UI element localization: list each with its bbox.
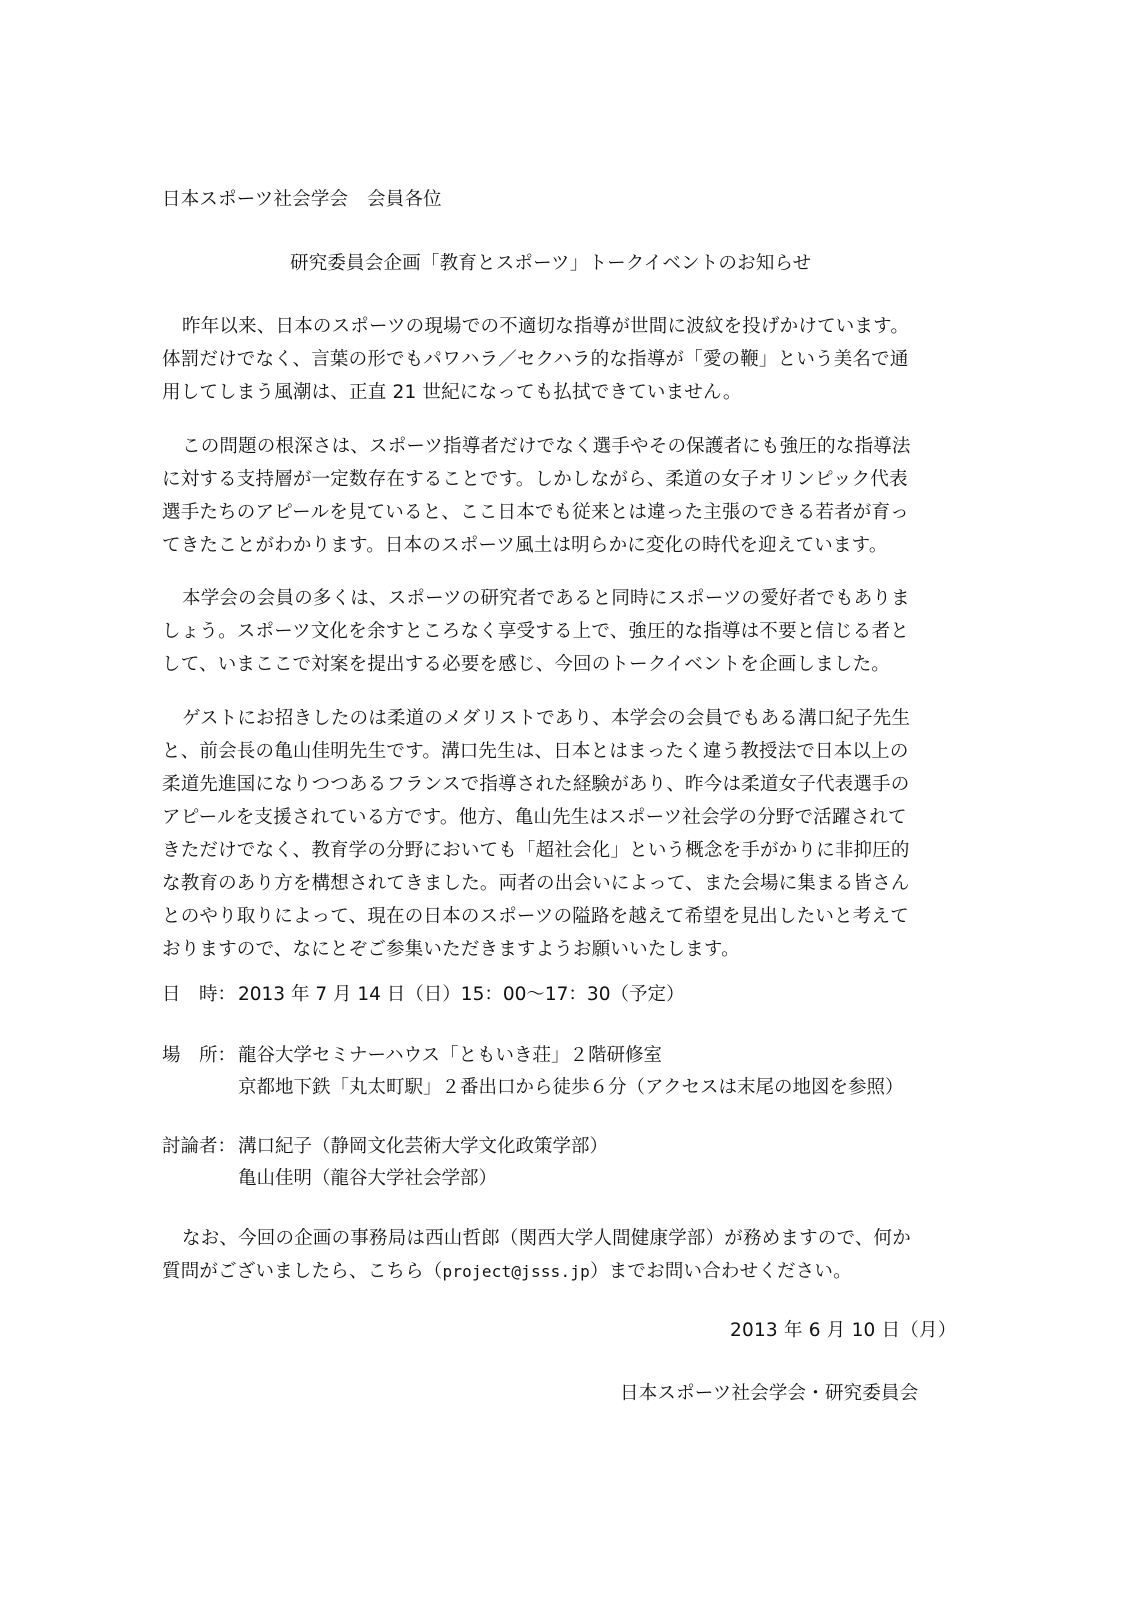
signature: 日本スポーツ社会学会・研究委員会 [620,1385,918,1404]
discussants-row: 討論者： 溝口紀子（静岡文化芸術大学文化政策学部） [162,1138,608,1157]
paragraph-2: この問題の根深さは、スポーツ指導者だけでなく選手やその保護者にも強圧的な指導法 … [162,438,952,570]
paragraph-line: な教育のあり方を構想されてきました。両者の出会いによって、また会場に集まる皆さん [162,875,952,908]
paragraph-line: この問題の根深さは、スポーツ指導者だけでなく選手やその保護者にも強圧的な指導法 [162,438,952,471]
paragraph-line: ゲストにお招きしたのは柔道のメダリストであり、本学会の会員でもある溝口紀子先生 [162,710,952,743]
venue-label: 場 所： [162,1047,238,1066]
paragraph-line: と、前会長の亀山佳明先生です。溝口先生は、日本とはまったく違う教授法で日本以上の [162,743,952,776]
paragraph-line: に対する支持層が一定数存在することです。しかしながら、柔道の女子オリンピック代表 [162,471,952,504]
paragraph-line: 体罰だけでなく、言葉の形でもパワハラ／セクハラ的な指導が「愛の鞭」という美名で通 [162,351,952,384]
paragraph-line: 選手たちのアピールを見ていると、ここ日本でも従来とは違った主張のできる若者が育っ [162,504,952,537]
datetime-label: 日 時： [162,986,238,1005]
paragraph-line: きただけでなく、教育学の分野においても「超社会化」という概念を手がかりに非抑圧的 [162,842,952,875]
paragraph-line: とのやり取りによって、現在の日本のスポーツの隘路を越えて希望を見出したいと考えて [162,908,952,941]
paragraph-line: 昨年以来、日本のスポーツの現場での不適切な指導が世間に波紋を投げかけています。 [162,318,952,351]
paragraph-line: 柔道先進国になりつつあるフランスで指導された経験があり、昨今は柔道女子代表選手の [162,776,952,809]
venue-access: 京都地下鉄「丸太町駅」２番出口から徒歩６分（アクセスは末尾の地図を参照） [238,1079,903,1098]
paragraph-3: 本学会の会員の多くは、スポーツの研究者であると同時にスポーツの愛好者でもありま … [162,590,952,689]
paragraph-line: おりますので、なにとぞご参集いただきますようお願いいたします。 [162,941,952,974]
discussant-1: 溝口紀子（静岡文化芸術大学文化政策学部） [238,1138,608,1157]
issue-date: 2013 年 6 月 10 日（月） [730,1322,956,1341]
contact-paragraph: なお、今回の企画の事務局は西山哲郎（関西大学人間健康学部）が務めますので、何か … [162,1230,952,1296]
datetime-row: 日 時： 2013 年 7 月 14 日（日）15：00〜17：30（予定） [162,986,684,1005]
paragraph-line: アピールを支援されている方です。他方、亀山先生はスポーツ社会学の分野で活躍されて [162,809,952,842]
paragraph-4: ゲストにお招きしたのは柔道のメダリストであり、本学会の会員でもある溝口紀子先生 … [162,710,952,974]
contact-suffix: ）までお問い合わせください。 [590,1261,852,1282]
contact-prefix: 質問がございましたら、こちら（ [162,1261,443,1282]
document-page: 日本スポーツ社会学会 会員各位 研究委員会企画「教育とスポーツ」トークイベントの… [0,0,1131,1600]
document-title: 研究委員会企画「教育とスポーツ」トークイベントのお知らせ [290,255,811,274]
venue-value: 龍谷大学セミナーハウス「ともいき荘」２階研修室 [238,1047,662,1066]
addressee: 日本スポーツ社会学会 会員各位 [162,191,442,210]
paragraph-1: 昨年以来、日本のスポーツの現場での不適切な指導が世間に波紋を投げかけています。 … [162,318,952,417]
contact-line-1: なお、今回の企画の事務局は西山哲郎（関西大学人間健康学部）が務めますので、何か [162,1230,952,1263]
venue-row: 場 所： 龍谷大学セミナーハウス「ともいき荘」２階研修室 [162,1047,662,1066]
paragraph-line: しょう。スポーツ文化を余すところなく享受する上で、強圧的な指導は不要と信じる者と [162,623,952,656]
paragraph-line: して、いまここで対案を提出する必要を感じ、今回のトークイベントを企画しました。 [162,656,952,689]
discussant-2: 亀山佳明（龍谷大学社会学部） [238,1170,497,1189]
paragraph-line: 用してしまう風潮は、正直 21 世紀になっても払拭できていません。 [162,384,952,417]
datetime-value: 2013 年 7 月 14 日（日）15：00〜17：30（予定） [238,986,684,1005]
contact-email-link[interactable]: project@jsss.jp [443,1262,591,1281]
paragraph-line: てきたことがわかります。日本のスポーツ風土は明らかに変化の時代を迎えています。 [162,537,952,570]
contact-line-2: 質問がございましたら、こちら（project@jsss.jp）までお問い合わせく… [162,1263,952,1296]
discussants-label: 討論者： [162,1138,238,1157]
paragraph-line: 本学会の会員の多くは、スポーツの研究者であると同時にスポーツの愛好者でもありま [162,590,952,623]
